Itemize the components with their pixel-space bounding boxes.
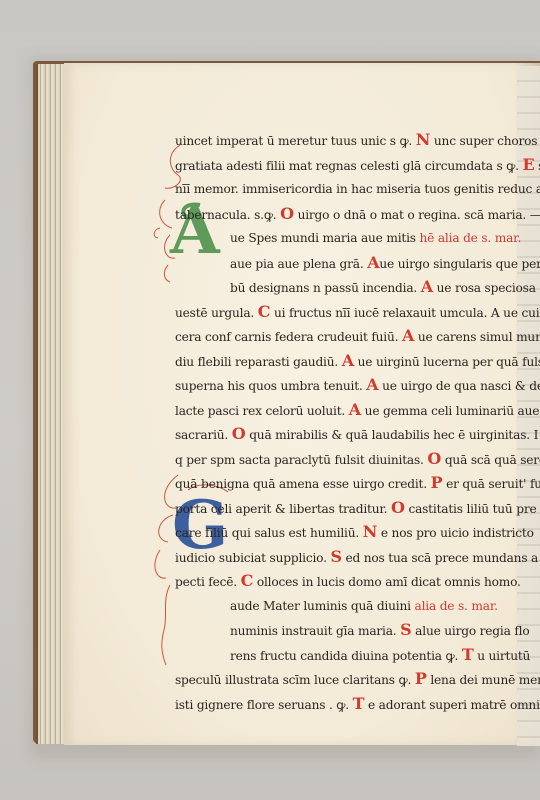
text-line: uestē urgula. C ui fructus nīī iucē rela…: [175, 300, 495, 325]
rubric: alia de s. mar.: [415, 599, 498, 613]
text-line: speculū illustrata scīm luce claritans ꝙ…: [175, 667, 495, 692]
text-line: superna his quos umbra tenuit. A ue uirg…: [175, 373, 495, 398]
rubric: hē alia de s. mar.: [420, 231, 522, 245]
text-line: sacrariū. O quā mirabilis & quā laudabil…: [175, 422, 495, 447]
text-line: quā benigna quā amena esse uirgo credit.…: [175, 471, 495, 496]
text-line: aue pia aue plena grā. Aue uirgo singula…: [175, 251, 495, 276]
text-line: cera conf carnis federa crudeuit fuiū. A…: [175, 324, 495, 349]
text-line: nīī memor. immisericordia in hac miseria…: [175, 177, 495, 202]
text-line: iudicio subiciat supplicio. S ed nos tua…: [175, 545, 495, 570]
text-line: isti gignere flore seruans . ꝙ. T e ador…: [175, 692, 495, 717]
text-line: lacte pasci rex celorū uoluit. A ue gemm…: [175, 398, 495, 423]
text-line: diu flebili reparasti gaudiū. A ue uirgi…: [175, 349, 495, 374]
text-line: care filiū qui salus est humiliū. N e no…: [175, 520, 495, 545]
text-line: ue Spes mundi maria aue mitis hē alia de…: [175, 226, 495, 251]
text-line: bū designans n passū incendia. A ue rosa…: [175, 275, 495, 300]
text-line: tabernacula. s.ꝙ. O uirgo o dnā o mat o …: [175, 202, 495, 227]
text-line: pecti fecē. C olloces in lucis domo amī …: [175, 569, 495, 594]
text-line: rens fructu candida diuina potentia ꝙ. T…: [175, 643, 495, 668]
text-line: gratiata adesti filii mat regnas celesti…: [175, 153, 495, 178]
text-line: q per spm sacta paraclytū fulsit diuinit…: [175, 447, 495, 472]
text-line: numinis instrauit gīa maria. S alue uirg…: [175, 618, 495, 643]
text-line: aude Mater luminis quā diuini alia de s.…: [175, 594, 495, 619]
text-line: uincet imperat ū meretur tuus unic s ꝙ. …: [175, 128, 495, 153]
text-line: porta celi aperit & libertas traditur. O…: [175, 496, 495, 521]
manuscript-text: uincet imperat ū meretur tuus unic s ꝙ. …: [175, 128, 495, 716]
